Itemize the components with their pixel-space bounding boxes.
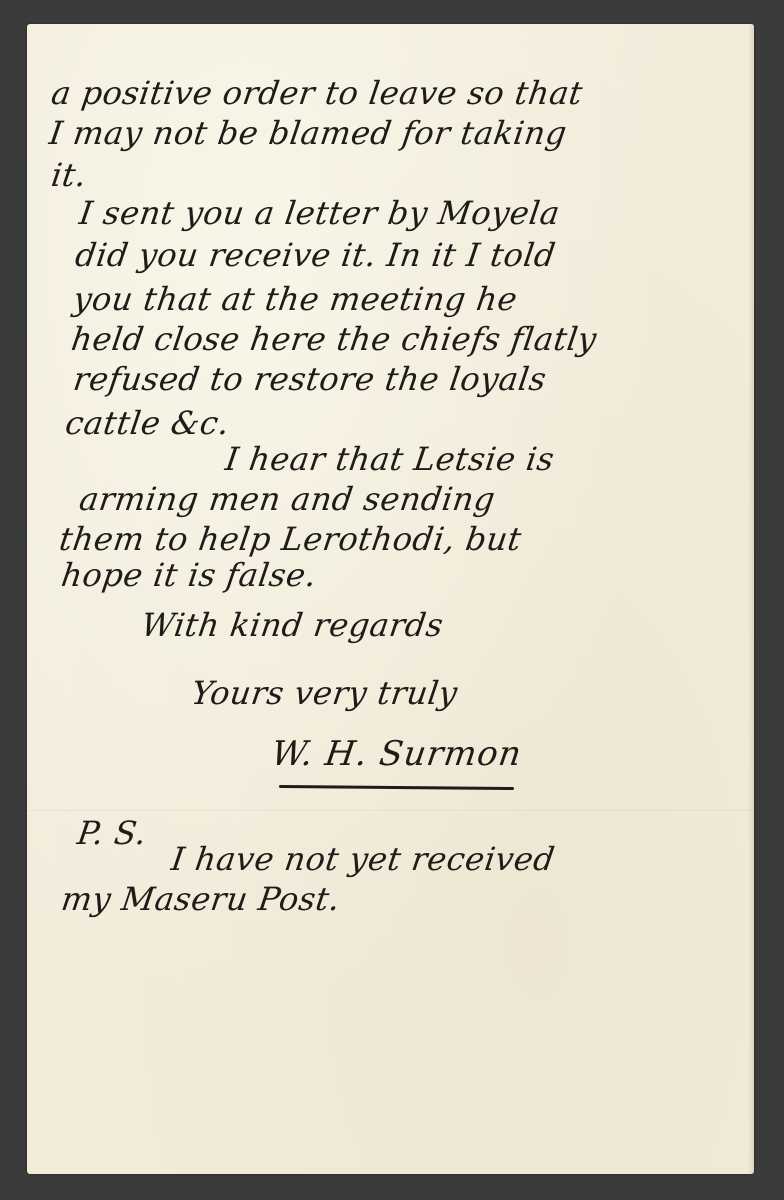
signature-underline <box>279 785 514 790</box>
paper-edge-shadow <box>748 24 754 1174</box>
closing-valediction: Yours very truly <box>189 674 460 712</box>
body-line-8: refused to restore the loyals <box>71 360 549 398</box>
body-line-4: I sent you a letter by Moyela <box>77 194 562 232</box>
body-line-6: you that at the meeting he <box>71 280 520 318</box>
body-line-3: it. <box>49 156 89 194</box>
letter-page: a positive order to leave so that I may … <box>27 24 754 1174</box>
body-line-5: did you receive it. In it I told <box>73 236 558 274</box>
closing-salutation: With kind regards <box>139 606 446 644</box>
body-line-9: cattle &c. <box>63 404 232 442</box>
body-line-10: I hear that Letsie is <box>223 440 557 478</box>
body-line-13: hope it is false. <box>59 556 319 594</box>
body-line-1: a positive order to leave so that <box>49 74 585 112</box>
body-line-2: I may not be blamed for taking <box>47 114 569 152</box>
body-line-12: them to help Lerothodi, but <box>57 520 524 558</box>
postscript-line-1: I have not yet received <box>169 840 557 878</box>
body-line-7: held close here the chiefs flatly <box>69 320 599 358</box>
body-line-11: arming men and sending <box>77 480 498 518</box>
postscript-label: P. S. <box>75 814 149 852</box>
signature: W. H. Surmon <box>269 734 525 774</box>
paper-fold-line <box>27 810 754 812</box>
postscript-line-2: my Maseru Post. <box>59 880 343 918</box>
